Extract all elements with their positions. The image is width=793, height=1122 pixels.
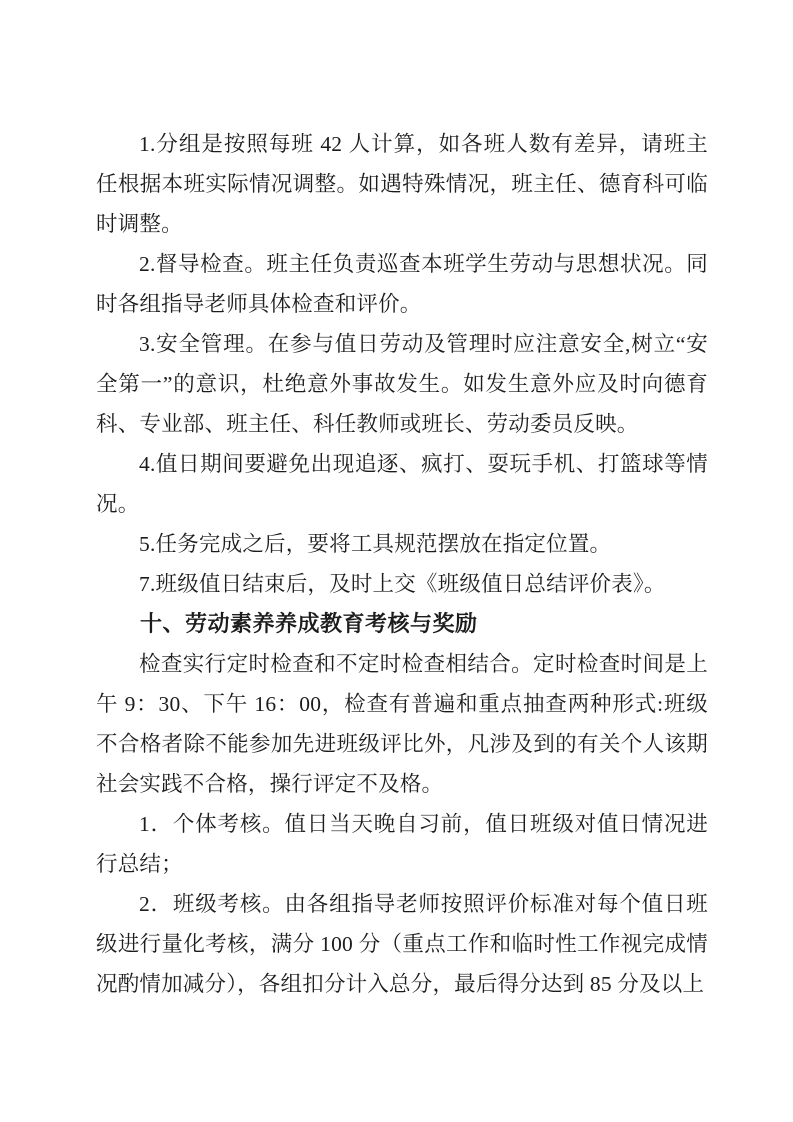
doc-paragraph-individual-assessment: 1．个体考核。值日当天晚自习前，值日班级对值日情况进行总结； [96, 804, 708, 884]
document-page: 1.分组是按照每班 42 人计算，如各班人数有差异，请班主任根据本班实际情况调整… [0, 0, 793, 1122]
doc-paragraph-inspection: 检查实行定时检查和不定时检查相结合。定时检查时间是上午 9：30、下午 16：0… [96, 644, 708, 804]
doc-paragraph-report-form: 7.班级值日结束后，及时上交《班级值日总结评价表》。 [96, 564, 708, 604]
doc-paragraph-safety: 3.安全管理。在参与值日劳动及管理时应注意安全,树立“安全第一”的意识，杜绝意外… [96, 324, 708, 444]
section-heading-assessment: 十、劳动素养养成教育考核与奖励 [96, 604, 708, 644]
doc-paragraph-behavior: 4.值日期间要避免出现追逐、疯打、耍玩手机、打篮球等情况。 [96, 444, 708, 524]
doc-paragraph-supervision: 2.督导检查。班主任负责巡查本班学生劳动与思想状况。同时各组指导老师具体检查和评… [96, 244, 708, 324]
doc-paragraph-grouping-rule: 1.分组是按照每班 42 人计算，如各班人数有差异，请班主任根据本班实际情况调整… [96, 124, 708, 244]
doc-paragraph-class-assessment: 2．班级考核。由各组指导老师按照评价标准对每个值日班级进行量化考核，满分 100… [96, 884, 708, 1004]
doc-paragraph-tools: 5.任务完成之后，要将工具规范摆放在指定位置。 [96, 524, 708, 564]
